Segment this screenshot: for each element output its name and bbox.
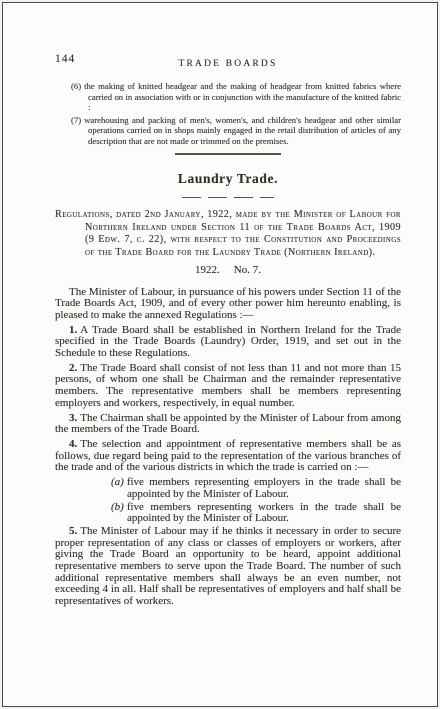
clause-6-number: (6) [71, 81, 81, 91]
regulation-4-number: 4. [69, 438, 77, 450]
preamble-clauses: (6)the making of knitted headgear and th… [55, 81, 401, 146]
regulation-2: 2.The Trade Board shall consist of not l… [55, 363, 401, 410]
scanned-page: 144 TRADE BOARDS (6)the making of knitte… [2, 2, 438, 707]
doc-year: 1922. [195, 264, 220, 276]
regulation-5-text: The Minister of Labour may if he thinks … [55, 525, 401, 607]
regulation-3: 3.The Chairman shall be appointed by the… [55, 413, 401, 436]
subclause-b-text: five members representing workers in the… [127, 501, 401, 525]
regulation-4: 4.The selection and appointment of repre… [55, 439, 401, 474]
subclause-a-number: (a) [111, 476, 124, 488]
subclause-a-text: five members representing employers in t… [127, 476, 401, 500]
regulation-5-number: 5. [69, 525, 77, 537]
page-content: 144 TRADE BOARDS (6)the making of knitte… [3, 3, 437, 706]
clause-7-number: (7) [71, 115, 81, 125]
clause-7-text: warehousing and packing of men's, women'… [84, 115, 401, 146]
regulation-3-text: The Chairman shall be appointed by the M… [55, 412, 401, 436]
intro-paragraph: The Minister of Labour, in pursuance of … [55, 287, 401, 322]
page-title: Laundry Trade. [55, 171, 401, 187]
regulations-heading: Regulations, dated 2nd January, 1922, ma… [55, 209, 401, 259]
regulation-1-number: 1. [69, 324, 77, 336]
regulation-1-text: A Trade Board shall be established in No… [55, 324, 401, 359]
regulation-4-subclause-a: (a)five members representing employers i… [55, 477, 401, 500]
regulation-5: 5.The Minister of Labour may if he think… [55, 526, 401, 608]
clause-6-text: the making of knitted headgear and the m… [84, 81, 401, 112]
page-header: 144 TRADE BOARDS [55, 53, 401, 68]
subclause-b-number: (b) [111, 501, 124, 513]
running-header-title: TRADE BOARDS [179, 59, 278, 69]
regulation-4-text: The selection and appointment of represe… [55, 438, 401, 473]
regulation-2-text: The Trade Board shall consist of not les… [55, 362, 401, 409]
clause-6: (6)the making of knitted headgear and th… [55, 81, 401, 113]
section-divider-rule [175, 153, 281, 155]
regulation-3-number: 3. [69, 412, 77, 424]
title-divider-dashes [182, 197, 274, 199]
doc-number-line: 1922.No. 7. [55, 264, 401, 276]
regulation-1: 1.A Trade Board shall be established in … [55, 325, 401, 360]
clause-7: (7)warehousing and packing of men's, wom… [55, 115, 401, 147]
regulations-body: The Minister of Labour, in pursuance of … [55, 287, 401, 608]
doc-number: No. 7. [234, 264, 261, 276]
regulation-4-subclause-b: (b)five members representing workers in … [55, 502, 401, 525]
regulation-2-number: 2. [69, 362, 77, 374]
page-number: 144 [55, 53, 75, 65]
